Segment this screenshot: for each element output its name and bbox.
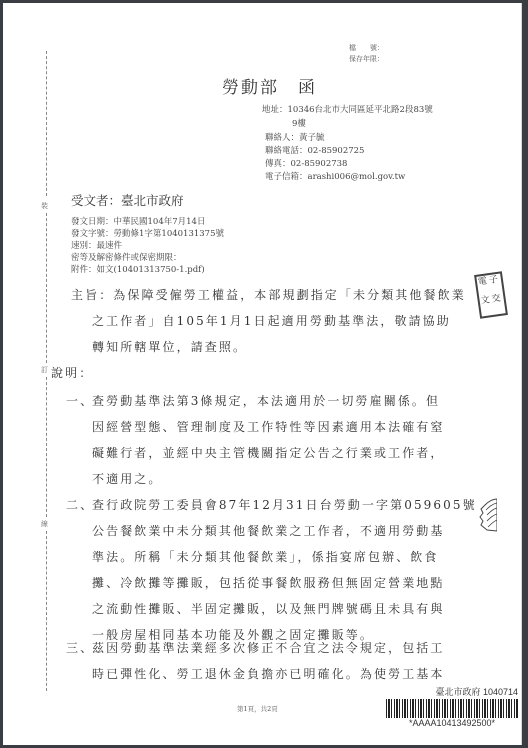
receipt-barcode: 臺北市政府 1040714 *AAAA10413492500* xyxy=(386,685,518,728)
barcode-text: *AAAA10413492500* xyxy=(386,718,518,728)
item-2-marker: 二、 xyxy=(66,493,94,518)
item-1-marker: 一、 xyxy=(66,389,94,414)
address-line-1: 地址：10346台北市大同區延平北路2段83號 xyxy=(262,104,433,117)
item-2-line: 之流動性攤販、半固定攤販，以及無門牌號碼且未具有與 xyxy=(92,597,445,622)
confidentiality: 密等及解密條件或保密期限： xyxy=(71,252,182,265)
file-number-field: 檔 號： xyxy=(349,43,384,53)
contact-phone: 聯絡電話：02-85902725 xyxy=(265,145,364,158)
item-1-line: 不適用之。 xyxy=(92,467,163,492)
issue-date: 發文日期：中華民國104年7月14日 xyxy=(71,216,205,229)
binding-label-xian: 線 xyxy=(41,519,48,529)
speed-class: 速別：最速件 xyxy=(71,240,122,253)
subject-line-2: 之工作者」自105年1月1日起適用勞動基準法，敬請協助 xyxy=(92,309,451,334)
document-title: 勞動部 函 xyxy=(222,73,317,98)
binding-line-top xyxy=(46,51,47,196)
electronic-document-stamp: 電 子 文 交 xyxy=(474,271,508,318)
binding-line-bottom xyxy=(46,531,47,691)
item-3-marker: 三、 xyxy=(66,636,94,661)
item-3-line: 時已彈性化、勞工退休金負擔亦已明確化。為使勞工基本 xyxy=(92,662,445,687)
item-1-line: 礙難行者，並經中央主管機關指定公告之行業或工作者， xyxy=(92,441,445,466)
receipt-org-date: 臺北市政府 1040714 xyxy=(386,685,518,698)
address-line-2: 9樓 xyxy=(292,118,306,131)
subject-line-1: 主旨：為保障受僱勞工權益，本部規劃指定「未分類其他餐飲業 xyxy=(71,283,466,308)
attachment: 附件：如文(10401313750-1.pdf) xyxy=(71,264,205,277)
explanation-label: 說明： xyxy=(51,361,93,386)
item-2-line: 準法。所稱「未分類其他餐飲業」，係指宴席包辦、飲食 xyxy=(92,545,439,570)
page-number: 第1頁，共2頁 xyxy=(237,704,278,713)
item-2-line: 查行政院勞工委員會87年12月31日台勞動一字第059605號 xyxy=(92,493,477,518)
barcode-icon xyxy=(386,699,518,718)
contact-fax: 傳真：02-85902738 xyxy=(265,158,347,171)
retention-period-field: 保存年限： xyxy=(349,54,384,64)
item-2-line: 攤、冷飲攤等攤販，包括從事餐飲服務但無固定營業地點 xyxy=(92,571,445,596)
binding-line-lower xyxy=(46,377,47,517)
recipient: 受文者：臺北市政府 xyxy=(71,191,184,209)
binding-line-mid xyxy=(46,213,47,363)
item-2-line: 公告餐飲業中未分類其他餐飲業之工作者，不適用勞動基 xyxy=(92,519,445,544)
contact-person: 聯絡人：黃子毓 xyxy=(265,132,325,145)
binding-label-zhuang: 裝 xyxy=(41,201,48,211)
seal-mark-icon xyxy=(479,497,497,533)
item-3-line: 茲因勞動基準法業經多次修正不合宜之法令規定，包括工 xyxy=(92,636,445,661)
stamp-char: 交 xyxy=(491,293,505,313)
binding-label-ding: 訂 xyxy=(41,365,48,375)
item-1-line: 查勞動基準法第3條規定，本法適用於一切勞雇關係。但 xyxy=(92,389,440,414)
subject-line-3: 轉知所轄單位，請查照。 xyxy=(92,335,247,360)
issue-number: 發文字號：勞動條1字第1040131375號 xyxy=(71,228,224,241)
contact-email: 電子信箱：arashi006@mol.gov.tw xyxy=(265,171,405,184)
item-1-line: 因經營型態、管理制度及工作特性等因素適用本法確有窒 xyxy=(92,415,445,440)
stamp-char: 子 xyxy=(488,275,502,295)
document-page: 裝 訂 線 檔 號： 保存年限： 勞動部 函 地址：10346台北市大同區延平北… xyxy=(3,3,522,745)
